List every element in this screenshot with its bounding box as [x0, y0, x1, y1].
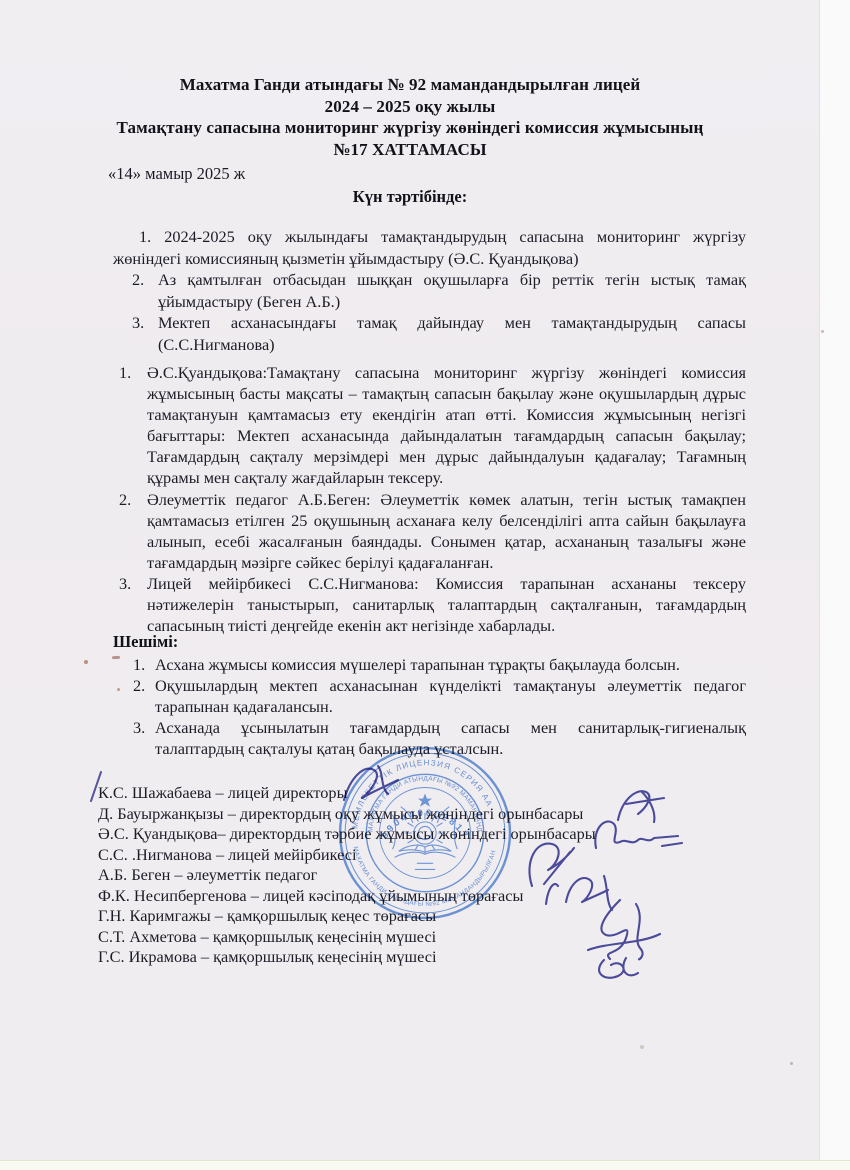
speech-item: 1.Ә.С.Қуандықова:Тамақтану сапасына мони… — [113, 362, 746, 489]
signature-council-2 — [588, 934, 660, 950]
decision-item-number: 1. — [133, 654, 145, 675]
signature-social-pedagog — [546, 876, 612, 910]
title-line-commission: Тамақтану сапасына мониторинг жүргізу жө… — [0, 117, 820, 139]
speech-item: 3.Лицей мейірбикесі С.С.Нигманова: Комис… — [113, 573, 746, 636]
agenda-list: 1. 2024-2025 оқу жылындағы тамақтандыруд… — [113, 226, 746, 356]
title-line-protocol-number: №17 ХАТТАМАСЫ — [0, 139, 820, 161]
title-line-school: Махатма Ганди атындағы № 92 мамандандыры… — [0, 74, 820, 96]
agenda-item-number: 3. — [132, 312, 144, 334]
agenda-item: 1. 2024-2025 оқу жылындағы тамақтандыруд… — [113, 226, 746, 269]
speech-item-number: 2. — [119, 489, 131, 510]
paper-speck — [790, 1062, 793, 1065]
paper-speck — [821, 330, 824, 333]
speech-item-text: Әлеуметтік педагог А.Б.Беген: Әлеуметтік… — [147, 490, 746, 572]
title-line-year: 2024 – 2025 оқу жылы — [0, 96, 820, 118]
decision-item-number: 2. — [133, 675, 145, 696]
agenda-item-text: 2024-2025 оқу жылындағы тамақтандырудың … — [113, 227, 746, 268]
scanner-edge-band — [819, 0, 850, 1170]
signature-deputy-study — [618, 791, 664, 822]
decision-item-text: Оқушылардың мектеп асханасынан күнделікт… — [155, 676, 746, 716]
document-page: Махатма Ганди атындағы № 92 мамандандыры… — [0, 0, 850, 1170]
agenda-item-number: 1. — [139, 227, 151, 246]
scanned-protocol-document: { "doc": { "title_lines": [ "Махатма Ган… — [0, 0, 850, 1170]
speech-item-number: 1. — [119, 362, 131, 383]
signature-nurse — [529, 844, 574, 886]
agenda-item-text: Мектеп асханасындағы тамақ дайындау мен … — [158, 313, 746, 354]
agenda-item-number: 2. — [132, 269, 144, 291]
agenda-item: 3.Мектеп асханасындағы тамақ дайындау ме… — [113, 312, 746, 355]
decision-item: 1.Асхана жұмысы комиссия мүшелері тарапы… — [113, 654, 746, 675]
decision-item: 2.Оқушылардың мектеп асханасынан күнделі… — [113, 675, 746, 717]
decision-item-number: 3. — [133, 717, 145, 738]
pen-tick-mark — [88, 770, 104, 804]
agenda-item: 2.Аз қамтылған отбасыдан шыққан оқушылар… — [113, 269, 746, 312]
agenda-heading: Күн тәртібінде: — [0, 187, 820, 207]
speech-item-text: Ә.С.Қуандықова:Тамақтану сапасына монито… — [147, 363, 746, 487]
decision-heading: Шешімі: — [113, 632, 178, 652]
agenda-item-text: Аз қамтылған отбасыдан шыққан оқушыларға… — [158, 270, 746, 311]
paper-speck — [84, 660, 88, 664]
speech-item: 2.Әлеуметтік педагог А.Б.Беген: Әлеуметт… — [113, 489, 746, 573]
signature-council-3 — [599, 958, 638, 978]
signature-deputy-education — [595, 821, 682, 848]
speech-item-text: Лицей мейірбикесі С.С.Нигманова: Комисси… — [147, 574, 746, 635]
signature-director — [344, 766, 398, 800]
speech-item-number: 3. — [119, 573, 131, 594]
document-title-block: Махатма Ганди атындағы № 92 мамандандыры… — [0, 74, 820, 160]
signature-council-1 — [601, 900, 642, 959]
scanner-bottom-edge — [0, 1160, 850, 1170]
handwritten-signatures — [320, 752, 720, 997]
document-date: «14» мамыр 2025 ж — [108, 164, 245, 184]
paper-speck — [640, 1045, 644, 1049]
decision-item-text: Асхана жұмысы комиссия мүшелері тарапына… — [155, 655, 680, 674]
speech-list: 1.Ә.С.Қуандықова:Тамақтану сапасына мони… — [113, 362, 746, 636]
